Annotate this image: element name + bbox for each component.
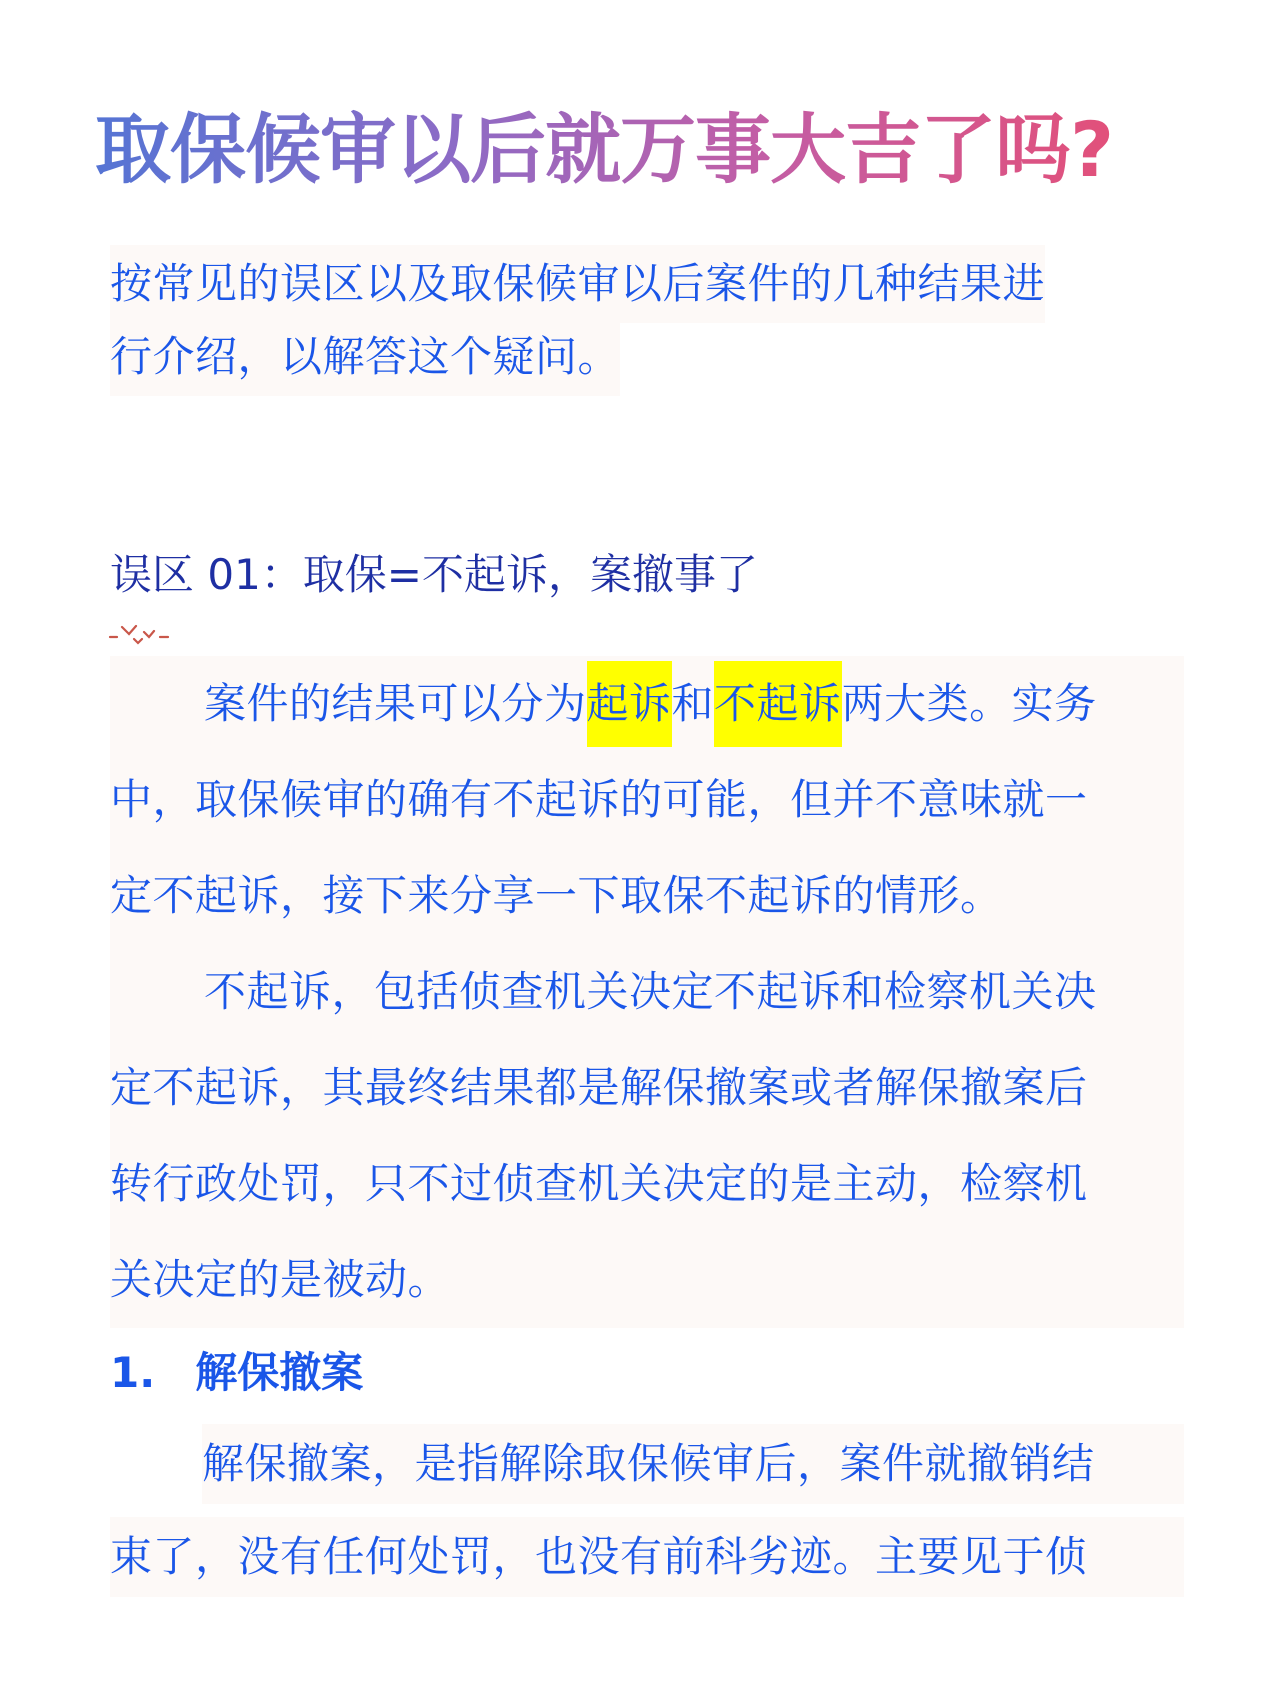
highlight-non-prosecution: 不起诉 bbox=[714, 661, 842, 747]
paragraph-line: 不起诉，包括侦查机关决定不起诉和检察机关决 bbox=[110, 944, 1184, 1040]
paragraph-line: 中，取保候审的确有不起诉的可能，但并不意味就一 bbox=[110, 752, 1184, 848]
intro-line-1: 按常见的误区以及取保候审以后案件的几种结果进 bbox=[110, 245, 1045, 323]
birds-icon bbox=[108, 622, 174, 646]
paragraph-line: 解保撤案，是指解除取保候审后，案件就撤销结 bbox=[202, 1424, 1184, 1504]
intro-line-2: 行介绍，以解答这个疑问。 bbox=[110, 318, 620, 396]
paragraph-line: 定不起诉，其最终结果都是解保撤案或者解保撤案后 bbox=[110, 1040, 1184, 1136]
paragraph-line: 关决定的是被动。 bbox=[110, 1232, 1184, 1328]
text-run: 两大类。实务 bbox=[842, 679, 1097, 728]
paragraph-line-block: 解保撤案，是指解除取保候审后，案件就撤销结 bbox=[202, 1424, 1184, 1504]
section-heading-misconception-01: 误区 01：取保=不起诉，案撤事了 bbox=[110, 540, 758, 610]
paragraph-line-block: 束了，没有任何处罚，也没有前科劣迹。主要见于侦 bbox=[110, 1517, 1184, 1597]
paragraph-line: 案件的结果可以分为起诉和不起诉两大类。实务 bbox=[110, 656, 1184, 752]
text-run: 案件的结果可以分为 bbox=[204, 679, 587, 728]
subheading-release-and-dismissal: 1.解保撤案 bbox=[110, 1338, 363, 1408]
page-title: 取保候审以后就万事大吉了吗? bbox=[95, 100, 1113, 200]
highlight-prosecution: 起诉 bbox=[587, 661, 672, 747]
text-run: 和 bbox=[672, 679, 715, 728]
subheading-number: 1. bbox=[110, 1348, 155, 1397]
paragraph-outcomes: 案件的结果可以分为起诉和不起诉两大类。实务 中，取保候审的确有不起诉的可能，但并… bbox=[110, 656, 1184, 1328]
paragraph-line: 转行政处罚，只不过侦查机关决定的是主动，检察机 bbox=[110, 1136, 1184, 1232]
subheading-label: 解保撤案 bbox=[195, 1348, 363, 1397]
paragraph-line: 定不起诉，接下来分享一下取保不起诉的情形。 bbox=[110, 848, 1184, 944]
paragraph-line: 束了，没有任何处罚，也没有前科劣迹。主要见于侦 bbox=[110, 1517, 1184, 1597]
